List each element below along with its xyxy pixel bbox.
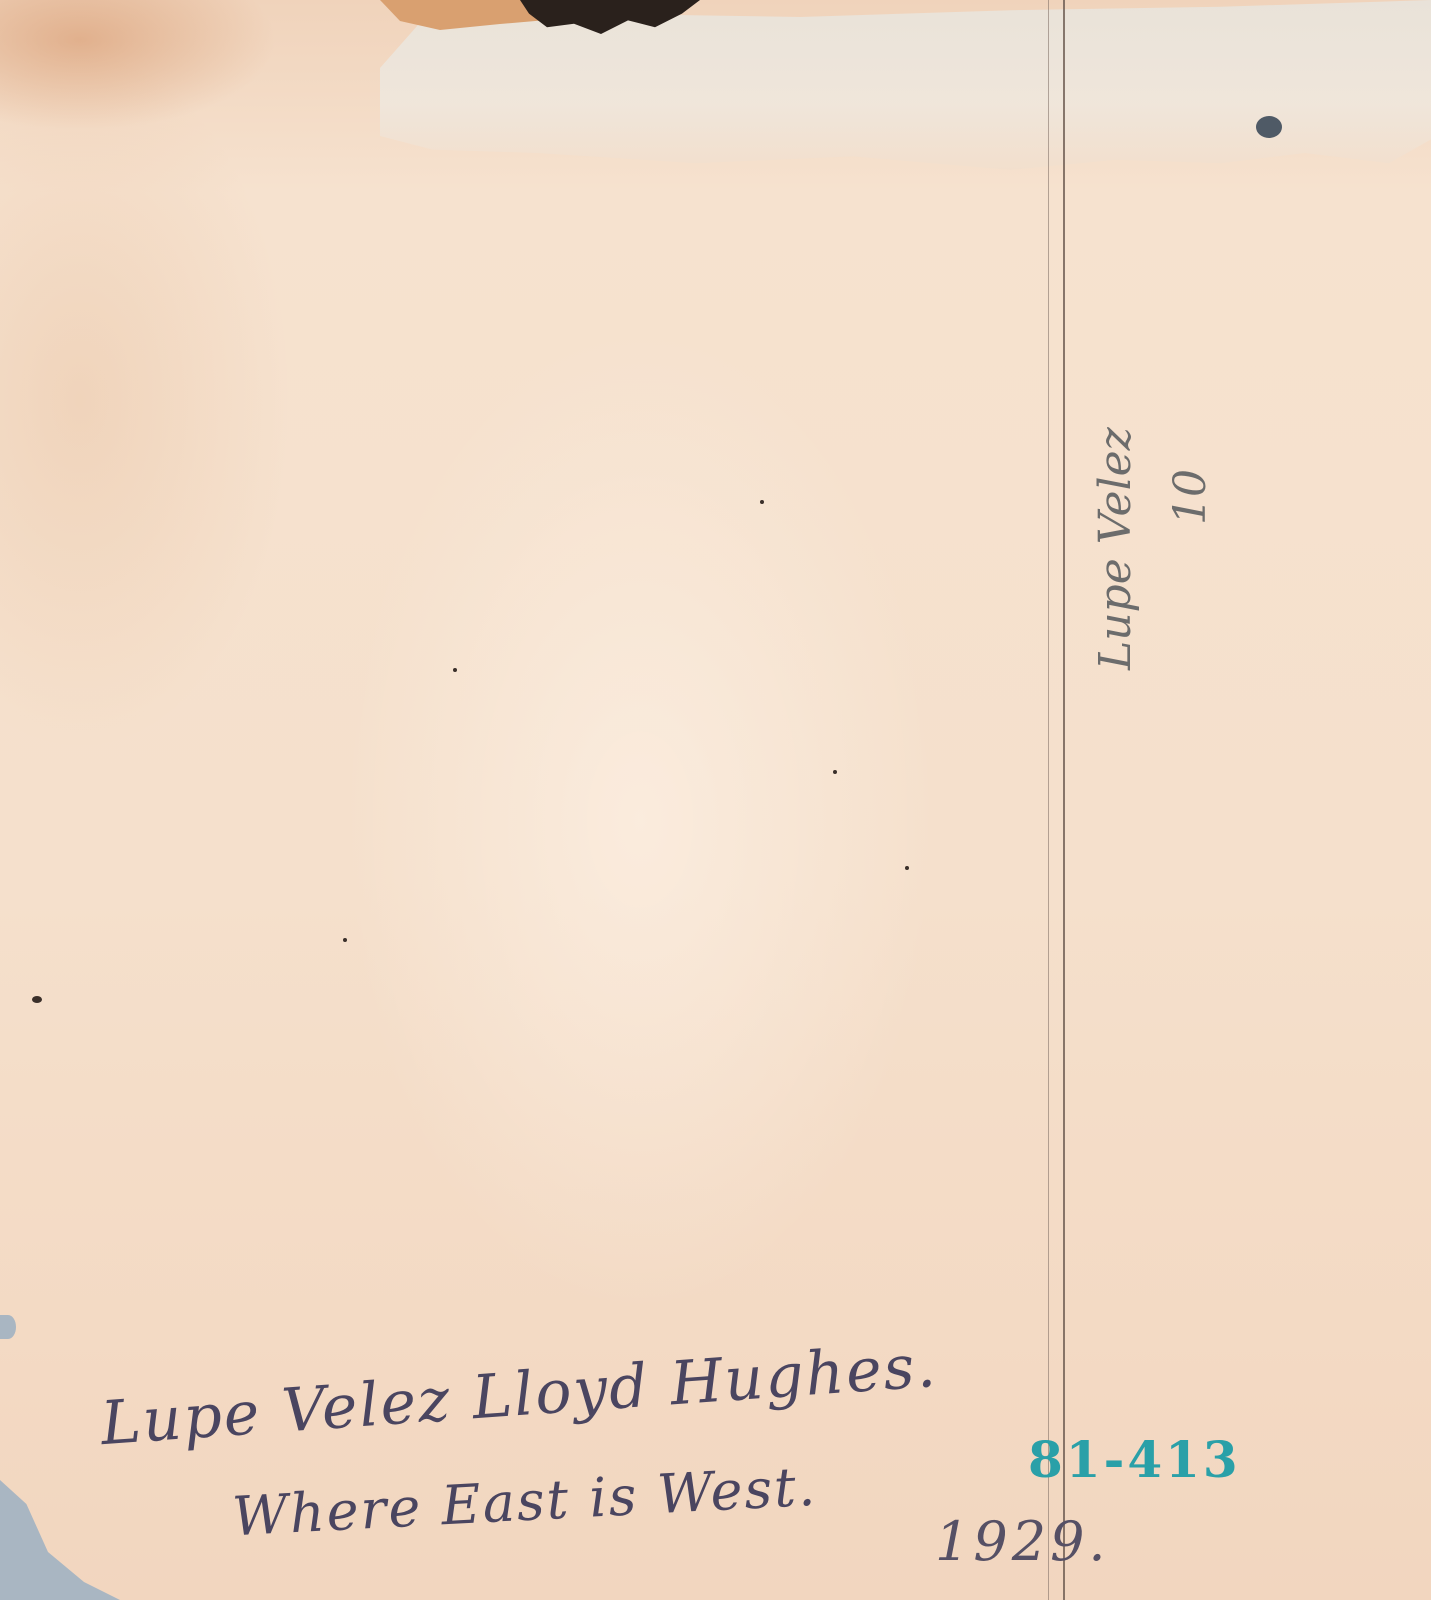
pencil-note-line-2: 10 (1165, 469, 1216, 525)
pencil-margin-note: Lupe Velez 10 (1050, 420, 1230, 680)
paper-hole (1256, 116, 1282, 138)
age-stain (0, 0, 360, 170)
stamp-number: 81-413 (1028, 1430, 1241, 1489)
vertical-rule-line (1048, 0, 1049, 1600)
speck (905, 866, 909, 870)
edge-damage (0, 1315, 16, 1339)
pencil-note-line-1: Lupe Velez (1090, 427, 1141, 670)
speck (343, 938, 347, 942)
torn-paper-residue (380, 0, 1431, 170)
speck (453, 668, 457, 672)
speck (760, 500, 764, 504)
speck (833, 770, 837, 774)
vertical-rule-line (1063, 0, 1065, 1600)
speck (32, 996, 42, 1003)
handwritten-year: 1929. (935, 1510, 1110, 1573)
